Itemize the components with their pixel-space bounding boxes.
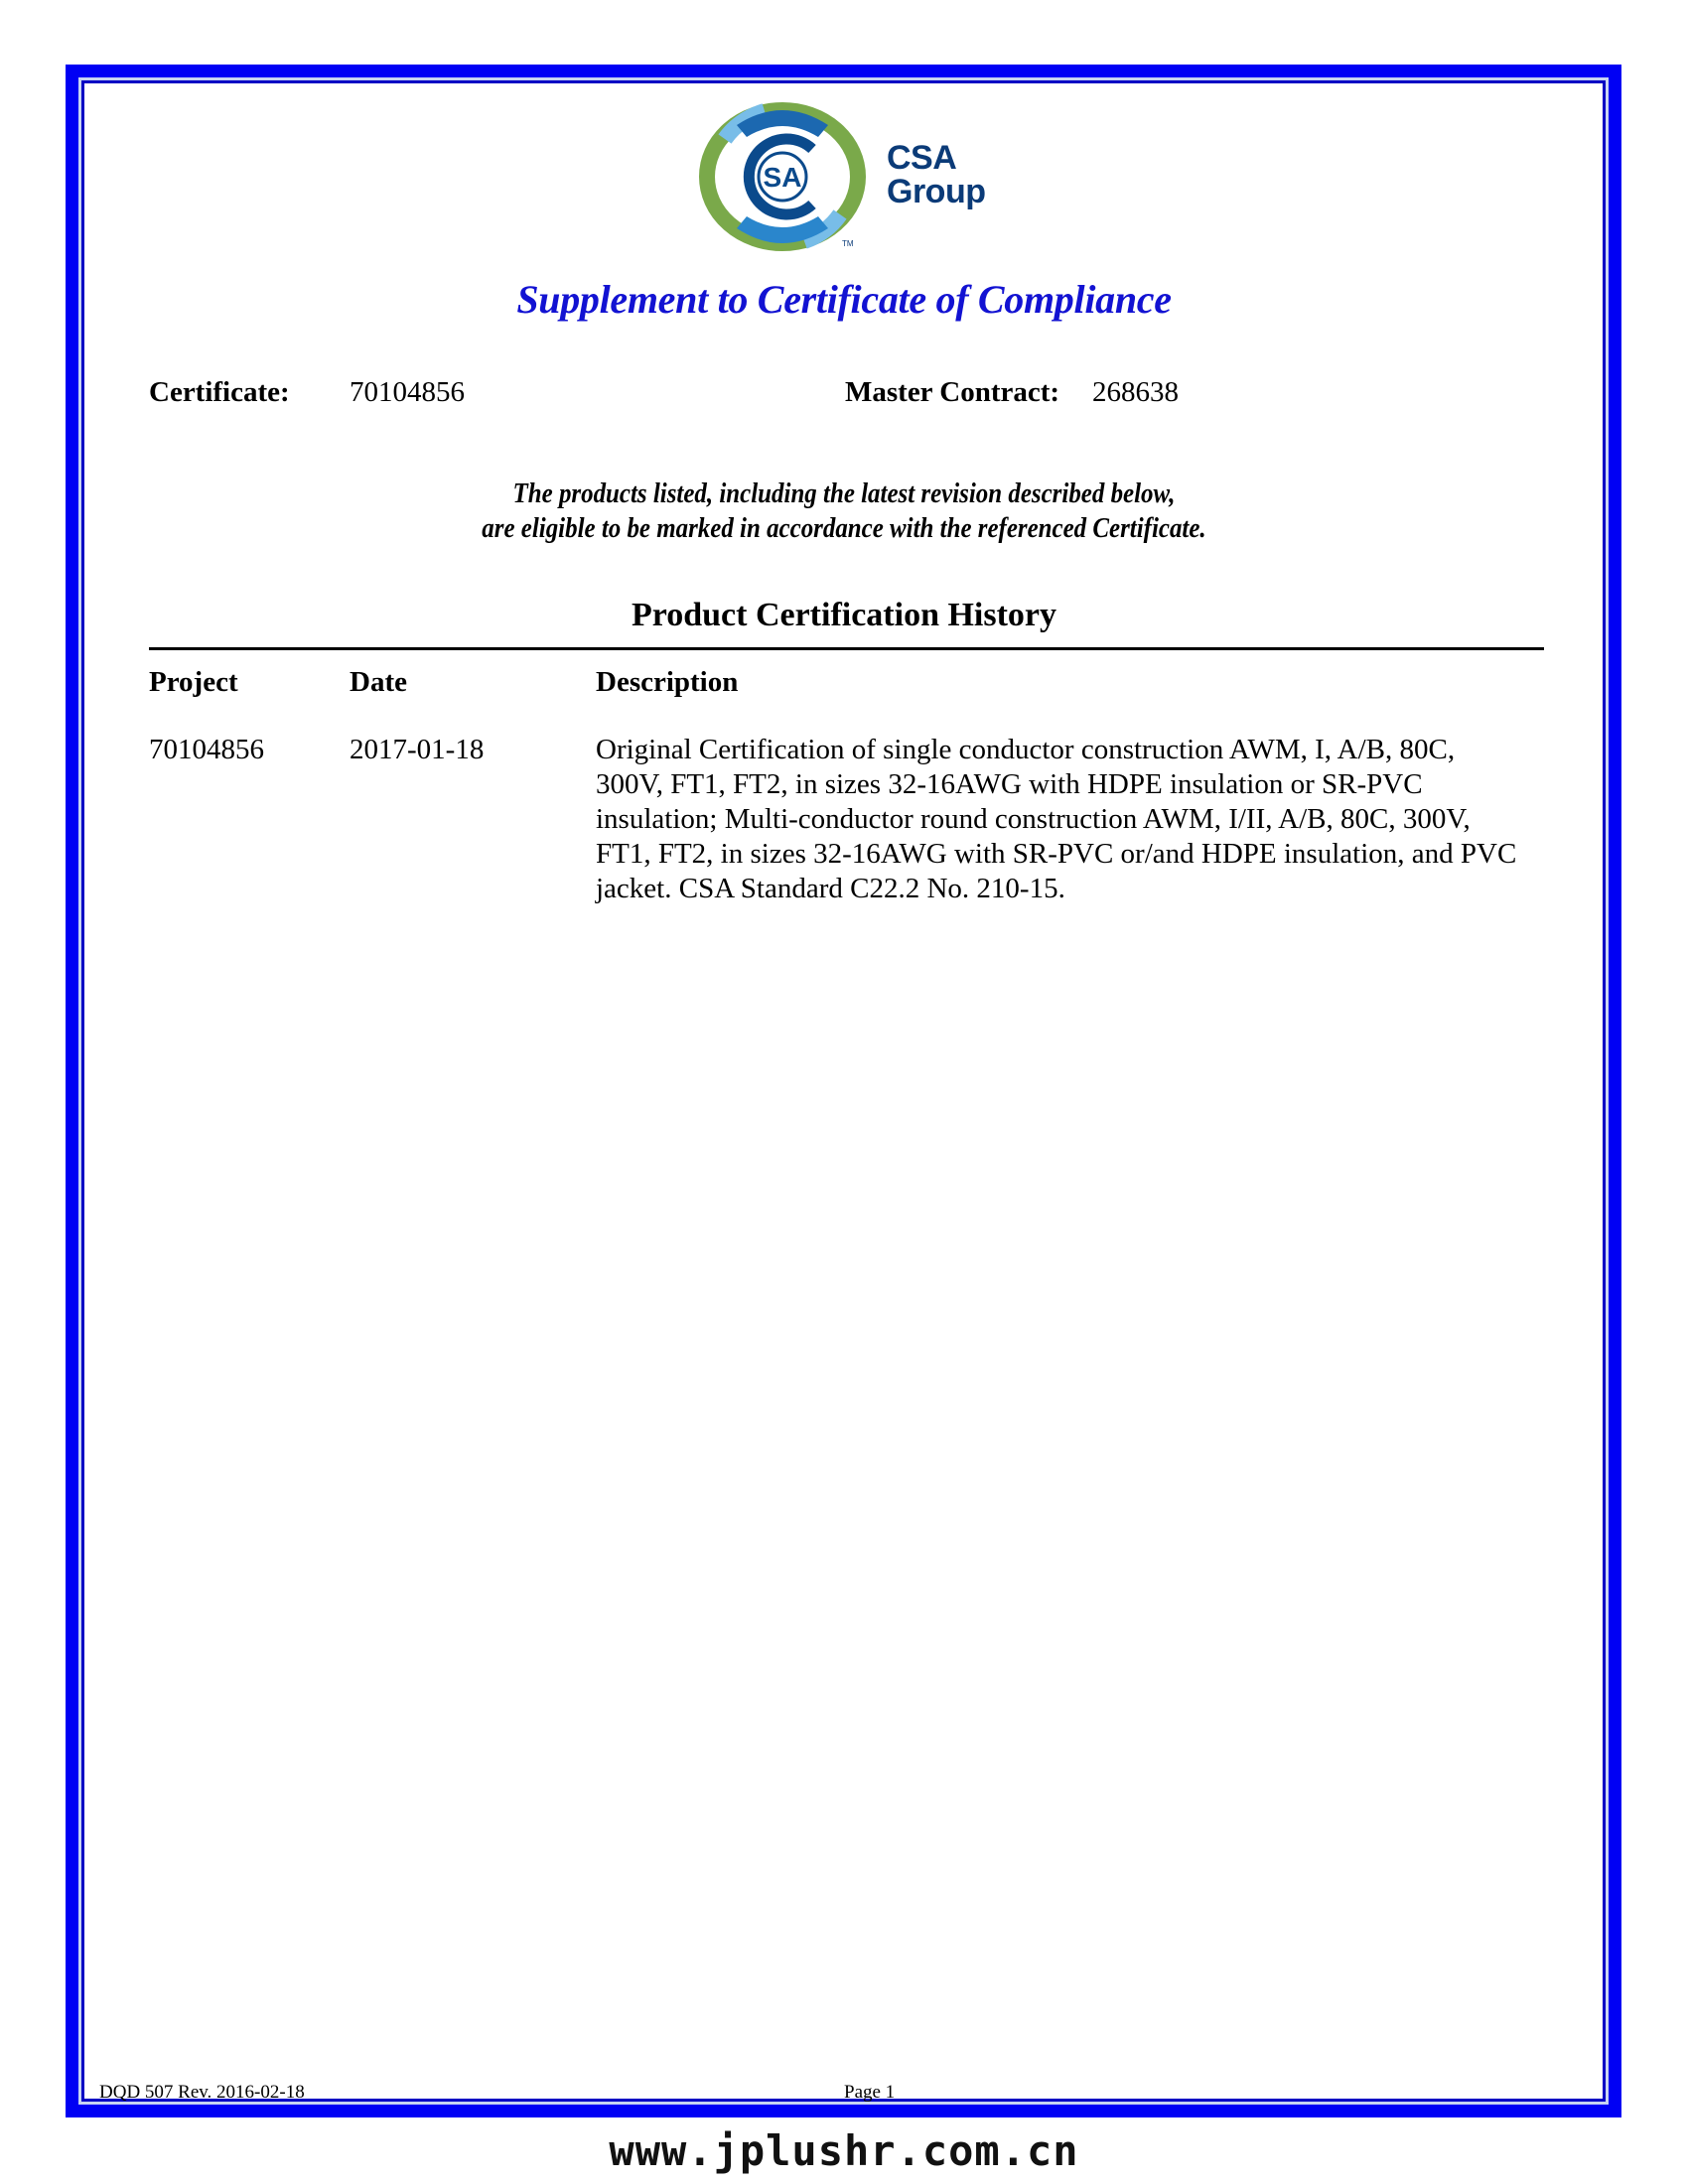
footer-page-number: Page 1 (844, 2082, 895, 2104)
eligibility-notice-line-2: are eligible to be marked in accordance … (118, 511, 1570, 546)
eligibility-notice-line-1: The products listed, including the lates… (118, 477, 1570, 511)
logo-line-group: Group (887, 175, 985, 208)
row-project: 70104856 (149, 733, 264, 766)
row-date: 2017-01-18 (350, 733, 484, 766)
logo-wordmark: CSA Group (887, 141, 985, 208)
page-border-inner-line (81, 80, 1606, 2102)
column-header-description: Description (596, 665, 738, 699)
master-contract-number: 268638 (1092, 375, 1179, 409)
document-title: Supplement to Certificate of Compliance (0, 276, 1688, 324)
svg-text:SA: SA (764, 162, 802, 193)
history-divider (149, 647, 1544, 650)
history-section-title: Product Certification History (0, 596, 1688, 635)
watermark-url: www.jplushr.com.cn (0, 2127, 1688, 2175)
certificate-label: Certificate: (149, 375, 290, 409)
svg-text:TM: TM (842, 239, 854, 248)
page-area (84, 83, 1603, 2099)
column-header-project: Project (149, 665, 238, 699)
footer-form-id: DQD 507 Rev. 2016-02-18 (99, 2082, 305, 2104)
certificate-number: 70104856 (350, 375, 465, 409)
logo-line-csa: CSA (887, 141, 985, 175)
row-description: Original Certification of single conduct… (596, 733, 1529, 906)
page-border-gap (78, 77, 1609, 2105)
master-contract-label: Master Contract: (845, 375, 1059, 409)
page-border (66, 65, 1621, 2117)
column-header-date: Date (350, 665, 407, 699)
